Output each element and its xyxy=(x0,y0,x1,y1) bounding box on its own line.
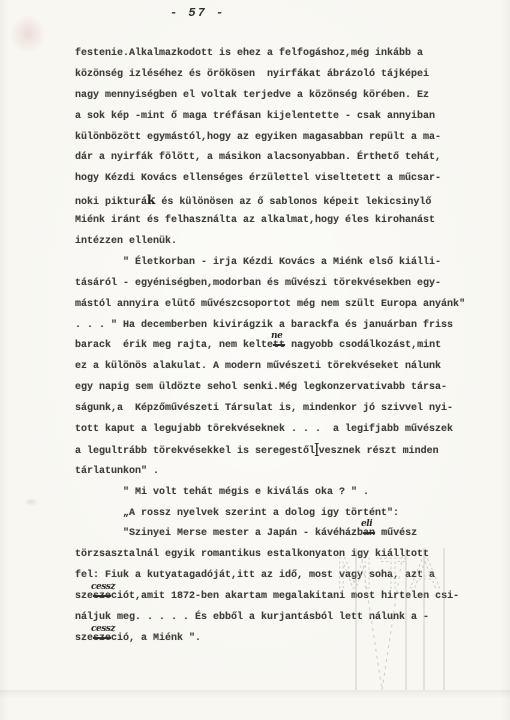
insertion-mark: I xyxy=(314,438,320,464)
handwritten-correction: elian xyxy=(363,524,375,545)
typed-text: ez a különös alakulat. A modern művészet… xyxy=(75,361,441,372)
typed-text: vesznek részt minden xyxy=(319,446,439,457)
text-line: egy napig sem üldözte sehol senki.Még le… xyxy=(75,378,485,399)
typed-text: ciót,amit 1872-ben akartam megalakitani … xyxy=(111,591,459,602)
handwritten-correction: nett xyxy=(273,336,285,357)
typed-text: törzsasztalnál egyik romantikus estalkon… xyxy=(75,549,429,560)
handwritten-text: cessz xyxy=(91,577,115,598)
typed-text: dár a nyirfák fölött, a másikon alacsony… xyxy=(75,152,441,163)
typed-text: a legultrább törekvésekkel is seregestől xyxy=(75,446,315,457)
handwritten-correction: cesszsze xyxy=(93,587,111,608)
text-line: törzsasztalnál egyik romantikus estalkon… xyxy=(75,545,485,566)
text-line: szecesszszeciót,amit 1872-ben akartam me… xyxy=(75,587,485,608)
text-line: " Mi volt tehát mégis e kiválás oka ? " … xyxy=(75,483,485,504)
text-line: Miénk iránt és felhasználta az alkalmat,… xyxy=(75,211,485,232)
text-line: "Szinyei Merse mester a Japán - kávéházb… xyxy=(75,524,485,545)
text-line: a sok kép -mint ő maga tréfásan kijelent… xyxy=(75,107,485,128)
text-line: a legultrább törekvésekkel is seregestől… xyxy=(75,441,485,462)
text-line: szecesszszeció, a Miénk ". xyxy=(75,629,485,650)
scan-smudge xyxy=(4,8,52,60)
typed-text: közönség izléséhez és örökösen nyirfákat… xyxy=(75,69,429,80)
text-block: festenie.Alkalmazkodott is ehez a felfog… xyxy=(75,44,485,650)
page-number: - 57 - xyxy=(170,6,260,20)
typed-text: ságunk,a Képzőművészeti Társulat is, min… xyxy=(75,403,453,414)
text-line: hogy Kézdi Kovács ellenséges érzülettel … xyxy=(75,169,485,190)
typed-text: hogy Kézdi Kovács ellenséges érzülettel … xyxy=(75,173,441,184)
typed-text: nagy mennyiségben el voltak terjedve a k… xyxy=(75,90,429,101)
document-page: - 57 - festenie.Alkalmazkodott is ehez a… xyxy=(0,0,510,720)
text-line: " Életkorban - irja Kézdi Kovács a Miénk… xyxy=(75,253,485,274)
text-line: dár a nyirfák fölött, a másikon alacsony… xyxy=(75,148,485,169)
text-line: „A rossz nyelvek szerint a dolog igy tör… xyxy=(75,504,485,525)
text-line: náljuk meg. . . . . És ebből a kurjantás… xyxy=(75,608,485,629)
typed-text: tott kaput a legujabb törekvéseknek . . … xyxy=(75,424,453,435)
text-line: fel: Fiuk a kutyatagadóját,itt az idő, m… xyxy=(75,566,485,587)
typed-text: festenie.Alkalmazkodott is ehez a felfog… xyxy=(75,48,423,59)
handwritten-text: ne xyxy=(271,326,282,347)
text-line: tárlatunkon" . xyxy=(75,462,485,483)
typed-text: művész xyxy=(375,528,417,539)
typed-text: . . . " Ha decemberben kivirágzik a bara… xyxy=(75,320,453,331)
typed-text: nagyobb csodálkozást,mint xyxy=(285,340,441,351)
typed-text: a sok kép -mint ő maga tréfásan kijelent… xyxy=(75,111,435,122)
typed-text: különbözött egymástól,hogy az egyiken ma… xyxy=(75,132,441,143)
typed-text: intézzen ellenük. xyxy=(75,236,177,247)
scan-shadow xyxy=(0,690,510,698)
typed-text: mástól annyira elütő művészcsoportot még… xyxy=(75,299,465,310)
typed-text: "Szinyei Merse mester a Japán - kávéházb xyxy=(75,528,363,539)
text-line: mástól annyira elütő művészcsoportot még… xyxy=(75,295,485,316)
typed-text: " Mi volt tehát mégis e kiválás oka ? " … xyxy=(75,487,369,498)
typed-text: ció, a Miénk ". xyxy=(111,633,201,644)
text-line: noki pikturák és különösen az ő sablonos… xyxy=(75,190,485,211)
typed-text: noki pikturá xyxy=(75,197,147,208)
text-line: barack érik meg rajta, nem keltenett nag… xyxy=(75,336,485,357)
typed-text: egy napig sem üldözte sehol senki.Még le… xyxy=(75,382,447,393)
typed-text: tásáról - egyéniségben,modorban és művés… xyxy=(75,278,441,289)
text-line: közönség izléséhez és örökösen nyirfákat… xyxy=(75,65,485,86)
handwritten-correction: cesszsze xyxy=(93,629,111,650)
handwritten-text: eli xyxy=(361,514,372,535)
typed-text: tárlatunkon" . xyxy=(75,466,159,477)
text-line: tott kaput a legujabb törekvéseknek . . … xyxy=(75,420,485,441)
text-line: tásáról - egyéniségben,modorban és művés… xyxy=(75,274,485,295)
typed-text: Miénk iránt és felhasználta az alkalmat,… xyxy=(75,215,435,226)
typed-text: barack érik meg rajta, nem kelte xyxy=(75,340,273,351)
typed-text: náljuk meg. . . . . És ebből a kurjantás… xyxy=(75,612,429,623)
text-line: különbözött egymástól,hogy az egyiken ma… xyxy=(75,128,485,149)
text-line: ságunk,a Képzőművészeti Társulat is, min… xyxy=(75,399,485,420)
text-line: ez a különös alakulat. A modern művészet… xyxy=(75,357,485,378)
text-line: festenie.Alkalmazkodott is ehez a felfog… xyxy=(75,44,485,65)
typed-text: fel: Fiuk a kutyatagadóját,itt az idő, m… xyxy=(75,570,435,581)
scan-speck xyxy=(24,498,38,506)
text-line: intézzen ellenük. xyxy=(75,232,485,253)
typed-text: „A rossz nyelvek szerint a dolog igy tör… xyxy=(75,508,399,519)
typed-text: és különösen az ő sablonos képeit lekics… xyxy=(155,197,431,208)
handwritten-text: cessz xyxy=(91,619,115,640)
typed-text: " Életkorban - irja Kézdi Kovács a Miénk… xyxy=(75,257,441,268)
text-line: nagy mennyiségben el voltak terjedve a k… xyxy=(75,86,485,107)
